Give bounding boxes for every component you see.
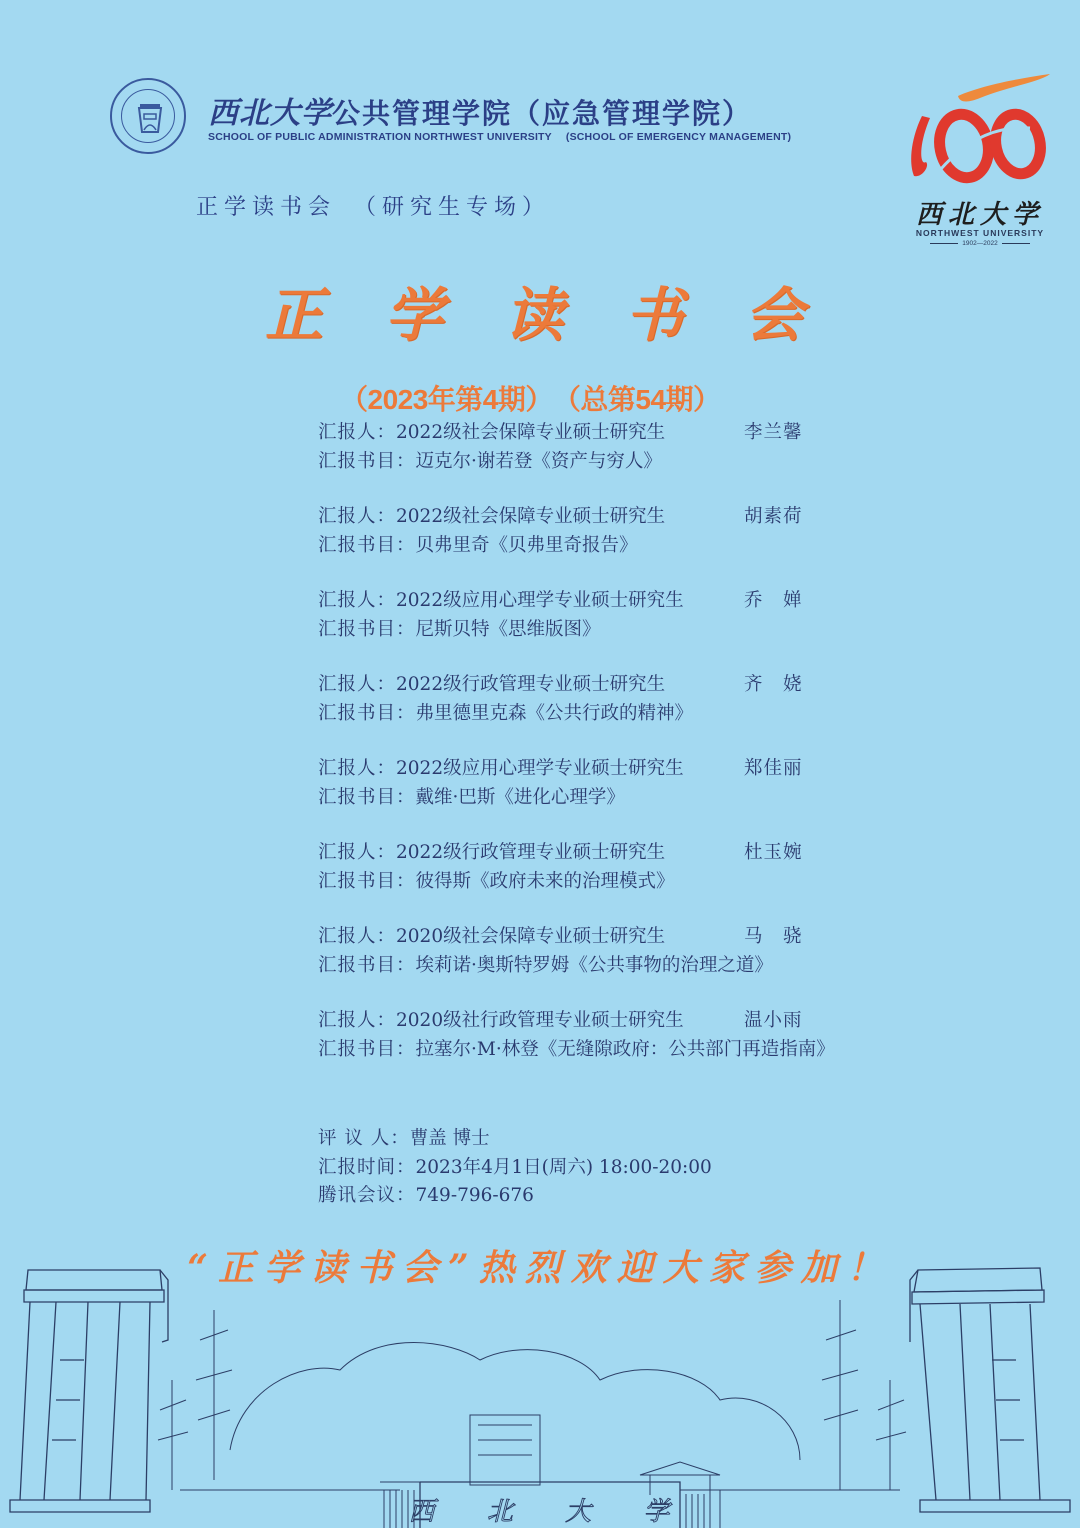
logo-cn: 西北大学 [910, 194, 1050, 231]
year-issue: （2023年第4期） [340, 384, 553, 415]
presenter-name: 李兰馨 [744, 419, 803, 448]
book-label: 汇报书目： [318, 451, 416, 472]
presenter-program: 2022级应用心理学专业硕士研究生 [396, 590, 684, 611]
reviewer-label: 评 议 人： [318, 1128, 410, 1149]
presenter-label: 汇报人： [318, 422, 396, 443]
meeting-label: 腾讯会议： [318, 1185, 416, 1206]
presenter-program: 2022级社会保障专业硕士研究生 [396, 422, 665, 443]
meeting-id: 749-796-676 [416, 1185, 534, 1206]
presenter-program: 2020级社会保障专业硕士研究生 [396, 926, 665, 947]
book-label: 汇报书目： [318, 619, 416, 640]
list-item: 汇报人：2020级社会保障专业硕士研究生马 骁 汇报书目：埃莉诺·奥斯特罗姆《公… [318, 923, 878, 980]
book-label: 汇报书目： [318, 871, 416, 892]
school-name-en-sub: (SCHOOL OF EMERGENCY MANAGEMENT) [566, 131, 791, 143]
presenter-label: 汇报人： [318, 758, 396, 779]
anniversary-100-logo: 西北大学 NORTHWEST UNIVERSITY 1902—2022 [900, 66, 1060, 256]
school-name-en-main: SCHOOL OF PUBLIC ADMINISTRATION NORTHWES… [208, 131, 552, 143]
book-label: 汇报书目： [318, 787, 416, 808]
list-item: 汇报人：2022级应用心理学专业硕士研究生郑佳丽 汇报书目：戴维·巴斯《进化心理… [318, 755, 878, 812]
book-title: 戴维·巴斯《进化心理学》 [416, 787, 625, 808]
book-title: 弗里德里克森《公共行政的精神》 [416, 703, 694, 724]
book-title: 彼得斯《政府未来的治理模式》 [416, 871, 675, 892]
presenter-label: 汇报人： [318, 1010, 396, 1031]
right-gate-pillar-icon [910, 1268, 1070, 1512]
presenter-program: 2020级社行政管理专业硕士研究生 [396, 1010, 684, 1031]
list-item: 汇报人：2022级社会保障专业硕士研究生李兰馨 汇报书目：迈克尔·谢若登《资产与… [318, 419, 878, 476]
left-gate-pillar-icon [10, 1270, 168, 1512]
issue-label: （2023年第4期）（总第54期） [340, 378, 721, 418]
presenter-list: 汇报人：2022级社会保障专业硕士研究生李兰馨 汇报书目：迈克尔·谢若登《资产与… [318, 419, 878, 1091]
campus-gate-illustration: 西 北 大 学 [0, 1250, 1080, 1528]
book-label: 汇报书目： [318, 1039, 416, 1060]
presenter-program: 2022级行政管理专业硕士研究生 [396, 674, 665, 695]
presenter-label: 汇报人： [318, 842, 396, 863]
logo-en: NORTHWEST UNIVERSITY [900, 228, 1060, 238]
book-title: 贝弗里奇《贝弗里奇报告》 [416, 535, 638, 556]
list-item: 汇报人：2020级社行政管理专业硕士研究生温小雨 汇报书目：拉塞尔·M·林登《无… [318, 1007, 878, 1064]
list-item: 汇报人：2022级行政管理专业硕士研究生齐 娆 汇报书目：弗里德里克森《公共行政… [318, 671, 878, 728]
book-title: 埃莉诺·奥斯特罗姆《公共事物的治理之道》 [416, 955, 773, 976]
university-brand: 西北大学 [208, 96, 332, 131]
presenter-program: 2022级应用心理学专业硕士研究生 [396, 758, 684, 779]
book-title: 尼斯贝特《思维版图》 [416, 619, 601, 640]
book-title: 拉塞尔·M·林登《无缝隙政府：公共部门再造指南》 [416, 1039, 835, 1060]
series-label: 正学读书会（研究生专场） [196, 190, 550, 221]
reviewer-name: 曹盖 博士 [410, 1128, 490, 1149]
presenter-name: 乔 婵 [744, 587, 803, 616]
total-issue: （总第54期） [567, 384, 721, 415]
presenter-name: 齐 娆 [744, 671, 803, 700]
centennial-100-icon [900, 66, 1060, 196]
series-name: 正学读书会 [196, 195, 336, 220]
presenter-program: 2022级行政管理专业硕士研究生 [396, 842, 665, 863]
list-item: 汇报人：2022级行政管理专业硕士研究生杜玉婉 汇报书目：彼得斯《政府未来的治理… [318, 839, 878, 896]
list-item: 汇报人：2022级应用心理学专业硕士研究生乔 婵 汇报书目：尼斯贝特《思维版图》 [318, 587, 878, 644]
university-seal-icon [110, 78, 186, 154]
presenter-label: 汇报人： [318, 926, 396, 947]
welcome-slogan: “正学读书会”热烈欢迎大家参加！ [0, 1240, 1080, 1291]
series-subtitle: （研究生专场） [354, 195, 550, 220]
presenter-name: 郑佳丽 [744, 755, 803, 784]
logo-years: 1902—2022 [900, 240, 1060, 247]
school-name-cn: 西北大学公共管理学院（应急管理学院） [208, 88, 752, 132]
school-name: 公共管理学院（应急管理学院） [332, 97, 752, 130]
list-item: 汇报人：2022级社会保障专业硕士研究生胡素荷 汇报书目：贝弗里奇《贝弗里奇报告… [318, 503, 878, 560]
book-label: 汇报书目： [318, 535, 416, 556]
time-label: 汇报时间： [318, 1157, 416, 1178]
presenter-label: 汇报人： [318, 590, 396, 611]
presenter-label: 汇报人： [318, 506, 396, 527]
presenter-name: 马 骁 [744, 923, 803, 952]
presenter-label: 汇报人： [318, 674, 396, 695]
book-label: 汇报书目： [318, 955, 416, 976]
school-name-en: SCHOOL OF PUBLIC ADMINISTRATION NORTHWES… [208, 131, 791, 143]
event-time: 2023年4月1日(周六) 18:00-20:00 [416, 1157, 712, 1178]
book-title: 迈克尔·谢若登《资产与穷人》 [416, 451, 662, 472]
book-label: 汇报书目： [318, 703, 416, 724]
page-title: 正学读书会 [0, 268, 1080, 352]
presenter-program: 2022级社会保障专业硕士研究生 [396, 506, 665, 527]
presenter-name: 胡素荷 [744, 503, 803, 532]
presenter-name: 杜玉婉 [744, 839, 803, 868]
event-info: 评 议 人：曹盖 博士 汇报时间：2023年4月1日(周六) 18:00-20:… [318, 1125, 712, 1211]
gate-inscription: 西 北 大 学 [409, 1497, 692, 1527]
presenter-name: 温小雨 [744, 1007, 803, 1036]
